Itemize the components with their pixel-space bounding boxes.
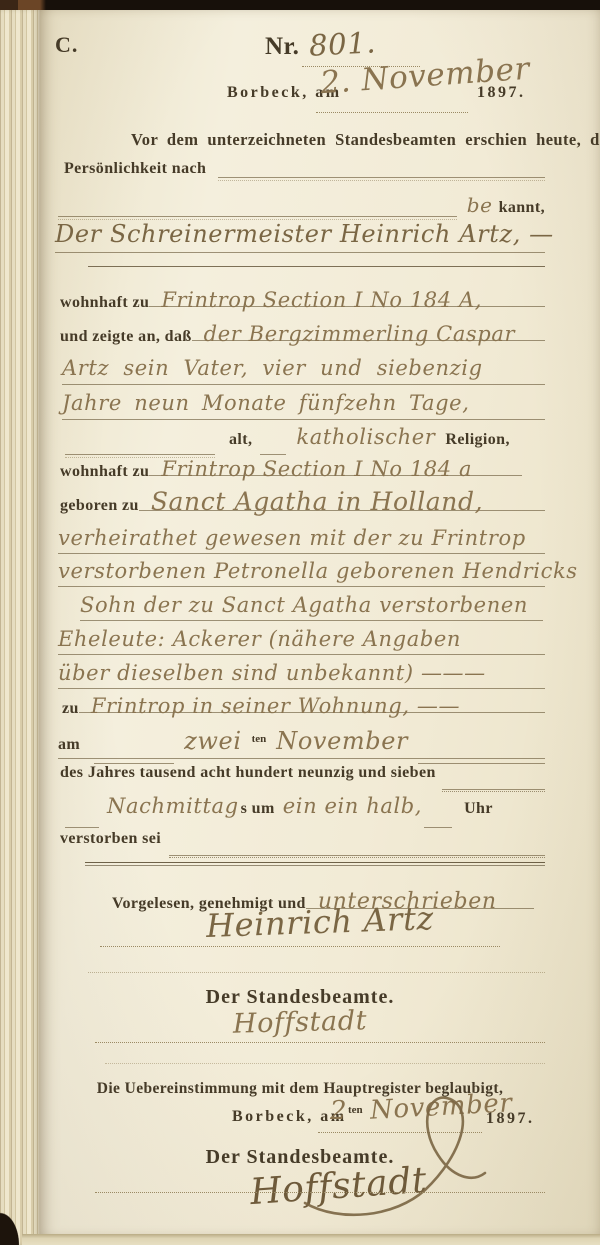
signature-underline: [100, 946, 500, 947]
birthplace-label: geboren zu: [60, 497, 139, 515]
dash-line: [424, 816, 452, 828]
age-handwritten: Jahre neun Monate fünfzehn Tage,: [62, 391, 469, 415]
declared-label: und zeigte an, daß: [60, 328, 192, 346]
blank-line: [65, 443, 215, 455]
death-month-handwritten: November: [276, 727, 408, 755]
registrar-title-2: Der Standesbeamte.: [0, 1146, 600, 1169]
record-number-row: Nr. 801.: [265, 27, 376, 61]
known-row: be kannt,: [58, 193, 545, 217]
faint-rule: [105, 1063, 545, 1064]
death-date-row: am zwei ten November: [58, 727, 545, 764]
uhr-label: Uhr: [464, 800, 493, 818]
identity-row: Persönlichkeit nach: [64, 160, 545, 178]
blank-line: [169, 844, 545, 856]
birthplace-handwritten: Sanct Agatha in Holland,: [139, 487, 545, 516]
page-corner-letter: C.: [55, 32, 78, 58]
dash-line: [418, 752, 545, 764]
death-place-row: zu Frintrop in seiner Wohnung, ——: [62, 694, 545, 728]
death-year-row: des Jahres tausend acht hundert neunzig …: [60, 764, 545, 790]
religion-row: alt, katholischer Religion,: [65, 425, 545, 455]
birthplace-row: geboren zu Sanct Agatha in Holland,: [60, 487, 545, 524]
am-label: am: [58, 736, 80, 754]
declarant-residence-row: wohnhaft zu Frintrop Section I No 184 A,: [60, 288, 545, 322]
book-bottom-corner: [0, 1208, 22, 1245]
death-place-handwritten: Frintrop in seiner Wohnung, ——: [79, 694, 545, 718]
deceased-name-row: Artz sein Vater, vier und siebenzig: [62, 356, 545, 390]
death-year-printed: des Jahres tausend acht hundert neunzig …: [60, 764, 436, 782]
signature-underline-2: [88, 972, 545, 973]
died-row: verstorben sei: [60, 830, 545, 856]
dash-line: [94, 752, 174, 764]
blank-line: [218, 166, 545, 178]
alt-label: alt,: [229, 431, 252, 449]
parents-line3-handwritten: über dieselben sind unbekannt) ———: [58, 661, 486, 685]
died-label: verstorben sei: [60, 830, 161, 848]
parents-row-1: Sohn der zu Sanct Agatha verstorbenen: [80, 593, 543, 626]
certification-date-underline: [318, 1132, 482, 1133]
residence2-value-handwritten: Frintrop Section I No 184 a: [149, 457, 522, 481]
parents-row-3: über dieselben sind unbekannt) ———: [58, 661, 545, 694]
known-handwritten: be: [467, 193, 493, 217]
registrar-signature-underline: [95, 1042, 545, 1043]
certification-day-handwritten: 2: [330, 1096, 347, 1126]
religion-handwritten: katholischer: [296, 425, 435, 449]
time-of-day-handwritten: Nachmittag: [107, 794, 239, 818]
parents-line1-handwritten: Sohn der zu Sanct Agatha verstorbenen: [80, 593, 528, 617]
s-um-label: s um: [241, 800, 275, 818]
blank-rule: [88, 266, 545, 267]
dash-line: [260, 443, 286, 455]
deceased-residence-row: wohnhaft zu Frintrop Section I No 184 a: [60, 457, 522, 490]
marriage-row-1: verheirathet gewesen mit der zu Frintrop: [58, 526, 545, 559]
deceased-line1-handwritten: der Bergzimmerling Caspar: [192, 322, 545, 346]
record-number-label: Nr.: [265, 33, 299, 61]
death-time-row: Nachmittag s um ein ein halb, Uhr: [65, 794, 545, 828]
declarant-name-handwritten: Der Schreinermeister Heinrich Artz, —: [55, 220, 554, 248]
residence2-label: wohnhaft zu: [60, 463, 149, 481]
marriage-line2-handwritten: verstorbenen Petronella geborenen Hendri…: [58, 559, 578, 583]
dateline-year: 1897.: [477, 84, 526, 102]
dateline-underline: [316, 112, 468, 113]
age-row: Jahre neun Monate fünfzehn Tage,: [62, 391, 545, 425]
ten-label: ten: [252, 733, 267, 745]
section-rule: [85, 862, 545, 866]
parents-line2-handwritten: Eheleute: Ackerer (nähere Angaben: [58, 627, 461, 651]
scanned-register-book: C. Nr. 801. Borbeck, am 2. November 1897…: [0, 0, 600, 1245]
known-label: kannt,: [499, 199, 545, 217]
blank-line: [58, 205, 457, 217]
registrar-signature-2-underline: [95, 1192, 545, 1193]
record-number-value: 801.: [308, 25, 377, 62]
death-day-handwritten: zwei: [184, 727, 241, 755]
blank-line: [442, 778, 545, 790]
table-surface-edge: [22, 1234, 600, 1245]
book-page-edges: [0, 10, 40, 1245]
marriage-row-2: verstorbenen Petronella geborenen Hendri…: [58, 559, 545, 592]
time-value-handwritten: ein ein halb,: [283, 794, 422, 818]
religion-label: Religion,: [445, 431, 510, 449]
certification-year: 1897.: [486, 1110, 535, 1128]
zu-label: zu: [62, 700, 79, 718]
declarant-row: Der Schreinermeister Heinrich Artz, —: [55, 220, 545, 258]
intro-line: Vor dem unterzeichneten Standesbeamten e…: [131, 130, 600, 150]
dash-line: [65, 816, 99, 828]
marriage-line1-handwritten: verheirathet gewesen mit der zu Frintrop: [58, 526, 526, 550]
parents-row-2: Eheleute: Ackerer (nähere Angaben: [58, 627, 545, 660]
declaration-row: und zeigte an, daß der Bergzimmerling Ca…: [60, 322, 545, 356]
residence-value-handwritten: Frintrop Section I No 184 A,: [149, 288, 545, 312]
identity-label: Persönlichkeit nach: [64, 160, 206, 178]
deceased-line2-handwritten: Artz sein Vater, vier und siebenzig: [62, 356, 483, 380]
residence-label: wohnhaft zu: [60, 294, 149, 312]
